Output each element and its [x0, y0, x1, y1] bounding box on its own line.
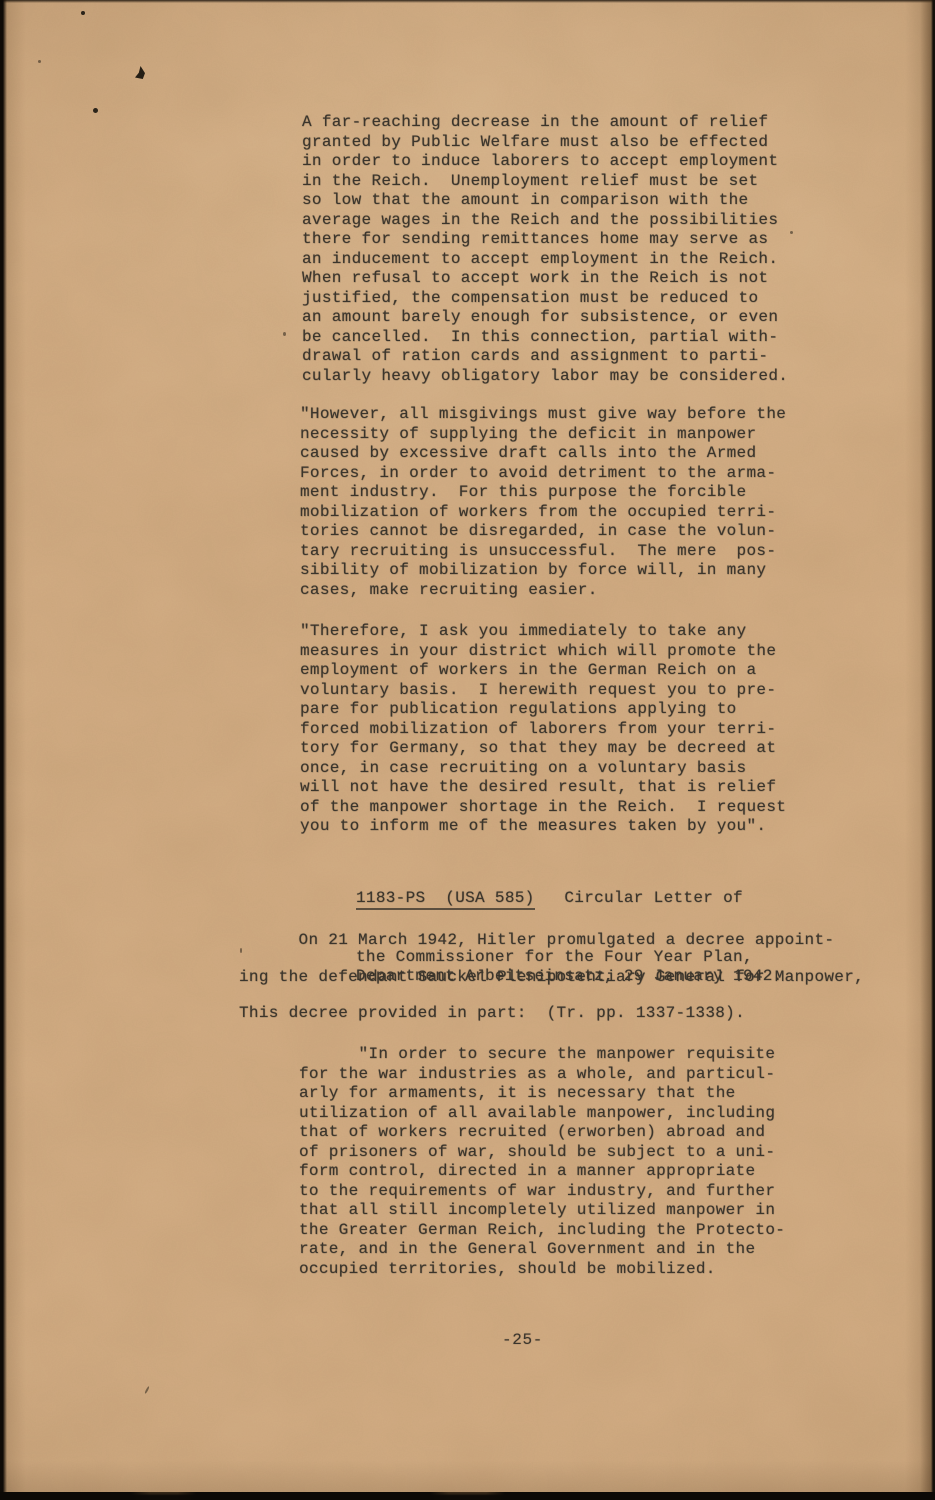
exhibit-reference: 1183-PS (USA 585): [356, 889, 535, 910]
ink-speck: [38, 60, 41, 63]
scan-edge-bottom: [0, 1492, 935, 1500]
quoted-paragraph-secure-manpower: "In order to secure the manpower requisi…: [299, 1045, 785, 1279]
quoted-paragraph-therefore: "Therefore, I ask you immediately to tak…: [300, 622, 786, 837]
ink-speck: [81, 11, 85, 15]
quoted-paragraph-misgivings: "However, all misgivings must give way b…: [300, 405, 786, 600]
document-page: A far-reaching decrease in the amount of…: [0, 0, 935, 1500]
ink-mark: [135, 66, 145, 79]
scan-edge-top: [0, 0, 935, 3]
ink-speck: [283, 332, 286, 336]
scan-edge-left: [0, 0, 7, 1500]
narrative-paragraph: On 21 March 1942, Hitler promulgated a d…: [239, 922, 864, 1032]
citation-title: Circular Letter of: [535, 889, 743, 907]
citation-line-1: 1183-PS (USA 585) Circular Letter of: [356, 889, 783, 909]
scan-edge-right: [920, 0, 935, 1500]
ink-speck: [93, 108, 98, 113]
page-number: -25-: [502, 1331, 543, 1349]
ink-speck: [144, 1386, 150, 1394]
ink-speck: [790, 231, 793, 234]
quoted-paragraph-relief: A far-reaching decrease in the amount of…: [302, 113, 788, 386]
